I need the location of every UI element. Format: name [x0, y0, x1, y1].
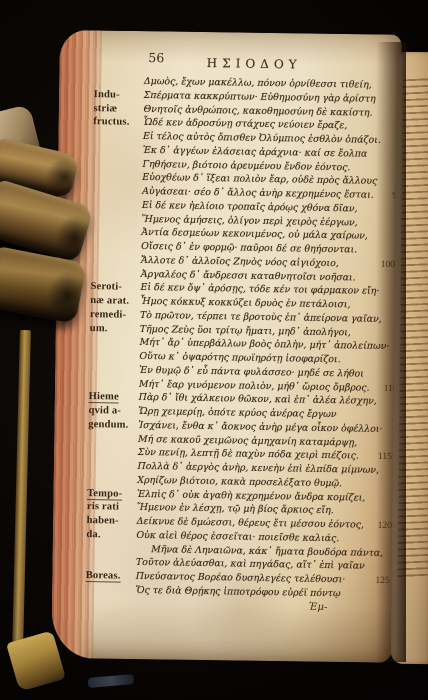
greek-verse-line: Ἦμος κόκκυξ κοκκύζει δρυὸς ἐν πετάλοισι, [140, 296, 366, 311]
greek-verse-line: Δμωὸς, ἔχων μακέλλω, πόνον ὀρνίθεσσι τιθ… [144, 76, 372, 91]
margin-note [88, 441, 138, 442]
margin-note: um. [90, 323, 140, 335]
greek-verse-line: Ὥρῃ χειμερίῃ, ὁπότε κρύος ἀνέρας ἔργων [138, 406, 364, 421]
margin-note [90, 344, 140, 345]
greek-verse-line: Ἥμενον ἐν λέσχῃ, τῷ μὴ βίος ἄρκιος εἴη. [137, 502, 363, 517]
margin-note [88, 454, 138, 455]
greek-verse-line: Τοῦτον ἀλεύασθαι, καὶ πηγάδας, αἵτ᾽ ἐπὶ … [136, 557, 365, 572]
page-number: 56 [144, 49, 164, 65]
header-center: 56 ΗΣΙΟΔΟΥ [144, 49, 370, 73]
margin-note [91, 234, 141, 235]
greek-verse-line: Χρηίζων βιότοιο, κακὰ προσελέξατο θυμῷ. [137, 475, 363, 490]
margin-note [85, 592, 135, 593]
margin-note [89, 372, 139, 373]
margin-note: fructus. [93, 116, 143, 128]
margin-note [93, 166, 143, 167]
margin-note [91, 262, 141, 263]
greek-verse-line: Ἀντία δεσμεύων κεκονιμένος, οὐ μάλα χαίρ… [141, 227, 368, 242]
book-page: 56 ΗΣΙΟΔΟΥ Δμωὸς, ἔχων μακέλλω, πόνον ὀρ… [51, 30, 402, 663]
greek-verse-line: Ἄλλοτε δ᾽ ἀλλοῖος Ζηνὸς νόος αἰγιόχοιο, [141, 255, 367, 270]
greek-verse-line: Οὐκ αἰεὶ θέρος ἐσσεῖται· ποιεῖσθε καλιάς… [136, 530, 362, 545]
margin-note [86, 564, 136, 565]
margin-note [92, 193, 142, 194]
margin-note [93, 152, 143, 153]
margin-note: Tempo- [87, 488, 137, 500]
catchword: Ἐμ- [135, 598, 361, 617]
margin-note [94, 83, 144, 84]
greek-verse-line: Δείκνυε δὲ δμώεσσι, θέρευς ἔτι μέσσου ἐό… [137, 516, 364, 531]
greek-verse-line: Ἐκ δ᾽ ἀγγέων ἐλάσειας ἀράχνια· καί σε ἔο… [143, 145, 369, 160]
gilt-board-edge [12, 330, 31, 648]
text-block: 56 ΗΣΙΟΔΟΥ Δμωὸς, ἔχων μακέλλω, πόνον ὀρ… [85, 48, 398, 617]
margin-note: Indu- [94, 89, 144, 101]
margin-note: striæ [93, 103, 143, 115]
greek-verse-line: Οἴσεις δ᾽ ἐν φορμῷ· παῦροι δέ σε θηήσοντ… [141, 241, 367, 256]
greek-verse-line: Εἰ δέ κεν ὄψ᾽ ἀρόσῃς, τόδε κέν τοι φάρμα… [140, 282, 379, 297]
greek-verse-line: Τῆμος Ζεὺς ὕοι τρίτῳ ἤματι, μηδ᾽ ἀπολήγο… [140, 323, 366, 338]
line-number: 115 [364, 452, 392, 462]
line-number: 120 [364, 521, 392, 531]
line-number: 125 [362, 576, 390, 586]
running-title: ΗΣΙΟΔΟΥ [164, 49, 370, 72]
margin-note: Hieme [89, 391, 139, 403]
book-photo: 56 ΗΣΙΟΔΟΥ Δμωὸς, ἔχων μακέλλω, πόνον ὀρ… [0, 0, 428, 700]
margin-note: haben- [87, 515, 137, 527]
margin-note [87, 482, 137, 483]
greek-verse-line: Ἥμενος ἀμήσεις, ὀλίγον περὶ χειρὸς ἐέργω… [142, 213, 368, 228]
margin-note [88, 468, 138, 469]
header-margin-spacer [94, 48, 144, 49]
margin-note: gendum. [88, 419, 138, 431]
margin-note [91, 248, 141, 249]
greek-verse-line: Εἰ δέ κεν ἠελίοιο τροπαῖς ἀρόῳς χθόνα δῖ… [142, 200, 368, 215]
greek-verse-line: Οὕτω κ᾽ ὀψαρότης πρωϊηρότῃ ἰσοφαρίζοι. [139, 351, 365, 366]
margin-note [89, 358, 139, 359]
greek-verse-line: Πὰρ δ᾽ ἴθι χάλκειον θῶκον, καὶ ἐπ᾽ ἀλέα … [139, 392, 377, 407]
margin-note [86, 551, 136, 552]
greek-verse-line: Πνεύσαντος Βορέαο δυσηλεγέες τελέθουσι· [136, 571, 362, 586]
margin-note: Seroti- [90, 281, 140, 293]
margin-note: da. [86, 529, 136, 541]
greek-verse-line: Σὺν πενίῃ, λεπτῇ δὲ παχὺν πόδα χειρὶ πιέ… [138, 447, 364, 462]
adjacent-page [391, 52, 428, 664]
margin-note: Boreas. [86, 570, 136, 582]
margin-note [92, 207, 142, 208]
adjacent-page-text-bleed [398, 78, 428, 578]
greek-verse-line: Μή σε κακοῦ χειμῶνος ἀμηχανίη καταμάρψῃ, [138, 433, 364, 448]
margin-note [93, 138, 143, 139]
catchword-margin-spacer [85, 598, 135, 614]
greek-verse-line: Εὐοχθέων δ᾽ ἵξεαι πολιὸν ἔαρ, οὐδὲ πρὸς … [142, 172, 377, 187]
margin-note: ris rati [87, 501, 137, 513]
margin-note [91, 276, 141, 277]
greek-verse-line: Ὧδέ κεν ἀδροσύνῃ στάχυες νεύοιεν ἔραζε, [143, 117, 369, 132]
margin-note [92, 179, 142, 180]
floor-glint [88, 674, 135, 688]
margin-note: næ arat. [90, 295, 140, 307]
greek-verse-line: Ὅς τε διὰ Θρῄκης ἱπποτρόφου εὐρέϊ πόντῳ [135, 585, 361, 600]
margin-note: qvid a- [88, 405, 138, 417]
catchword-number-spacer [361, 602, 389, 617]
margin-note: remedi- [90, 309, 140, 321]
margin-note [89, 386, 139, 387]
margin-note [92, 221, 142, 222]
greek-verse-line: Γηθήσειν, βιότοιο ἀρευμένου ἔνδον ἐόντος… [142, 158, 368, 173]
greek-verse-line: Ἐν θυμῷ δ᾽ εὖ πάντα φυλάσσεο· μηδέ σε λή… [139, 365, 365, 380]
line-number: 100 [367, 259, 395, 269]
text-rows: Δμωὸς, ἔχων μακέλλω, πόνον ὀρνίθεσσι τιθ… [85, 75, 398, 602]
greek-verse-line: Ἀργαλέος δ᾽ ἄνδρεσσι καταθνητοῖσι νοῆσαι… [141, 268, 367, 283]
